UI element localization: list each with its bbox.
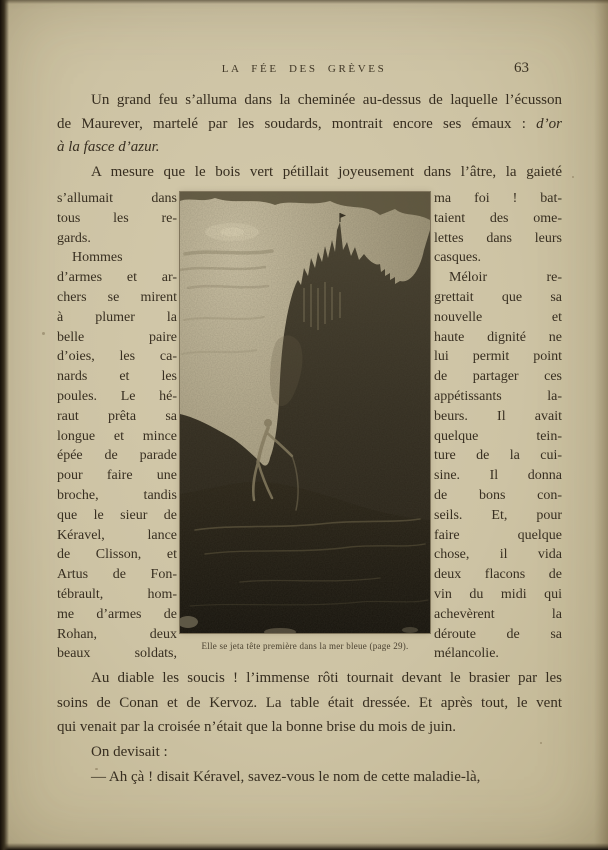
- text-line: chose, il vida: [434, 545, 562, 565]
- text-line: A mesure que le bois vert pétillait joye…: [57, 161, 562, 185]
- text-line: grettait que sa: [434, 288, 562, 308]
- illustration-caption: Elle se jeta tête première dans la mer b…: [135, 641, 475, 651]
- wrap-column-right: ma foi ! bat-taient des ome-lettes dans …: [434, 189, 562, 664]
- text-line: tébrault, hom-: [57, 585, 177, 605]
- text-line: de bons con-: [434, 486, 562, 506]
- paragraph-au-diable: Au diable les soucis ! l’immense rôti to…: [57, 666, 562, 740]
- text-line: lettes dans leurs: [434, 229, 562, 249]
- text-line: qui venait par la croisée n’était que la…: [57, 715, 562, 740]
- text-line: à la fasce d’azur.: [57, 136, 562, 160]
- text-line: appétissants la-: [434, 387, 562, 407]
- text-line: soins de Conan et de Kervoz. La table ét…: [57, 691, 562, 716]
- text-line: ture de la cui-: [434, 446, 562, 466]
- text-line: broche, tandis: [57, 486, 177, 506]
- text-line: taient des ome-: [434, 209, 562, 229]
- book-page-photo: LA FÉE DES GRÈVES 63 Un grand feu s’allu…: [0, 0, 608, 850]
- text-line: longue et mince: [57, 427, 177, 447]
- paragraph-second-first-line: A mesure que le bois vert pétillait joye…: [57, 161, 562, 185]
- text-line: d’armes et ar-: [57, 268, 177, 288]
- text-line: Artus de Fon-: [57, 565, 177, 585]
- text-line: poules. Le hé-: [57, 387, 177, 407]
- text-line: belle paire: [57, 328, 177, 348]
- text-line: de partager ces: [434, 367, 562, 387]
- text-line: ma foi ! bat-: [434, 189, 562, 209]
- text-line: — Ah çà ! disait Kéravel, savez-vous le …: [57, 765, 562, 790]
- text-line: Hommes: [57, 248, 177, 268]
- paper-speck: [540, 742, 542, 744]
- text-line: Au diable les soucis ! l’immense rôti to…: [57, 666, 562, 691]
- text-roman: de Maurever, martelé par les soudards, m…: [57, 116, 536, 132]
- text-line: de Maurever, martelé par les soudards, m…: [57, 113, 562, 137]
- text-line: beurs. Il avait: [434, 407, 562, 427]
- text-line: pour faire une: [57, 466, 177, 486]
- text-line: haute dignité ne: [434, 328, 562, 348]
- text-line: s’allumait dans: [57, 189, 177, 209]
- text-line: que le sieur de: [57, 506, 177, 526]
- text-line: seils. Et, pour: [434, 506, 562, 526]
- text-line: me d’armes de: [57, 605, 177, 625]
- photo-edge-top: [0, 0, 608, 4]
- photo-edge-right: [594, 0, 608, 850]
- figure: Elle se jeta tête première dans la mer b…: [180, 192, 430, 633]
- text-line: épée de parade: [57, 446, 177, 466]
- photo-edge-left: [0, 0, 9, 850]
- text-line: Méloir re-: [434, 268, 562, 288]
- paper-speck: [42, 332, 45, 335]
- text-line: casques.: [434, 248, 562, 268]
- text-line: lui permit point: [434, 347, 562, 367]
- text-line: vin du midi qui: [434, 585, 562, 605]
- text-italic: d’or: [536, 116, 562, 132]
- book-illustration: [180, 192, 430, 633]
- text-line: déroute de sa: [434, 625, 562, 645]
- text-line: On devisait :: [57, 740, 562, 765]
- text-line: mélancolie.: [434, 644, 562, 664]
- text-line: Kéravel, lance: [57, 526, 177, 546]
- text-line: sine. Il donna: [434, 466, 562, 486]
- text-line: de Clisson, et: [57, 545, 177, 565]
- text-line: faire quelque: [434, 526, 562, 546]
- text-line: nouvelle et: [434, 308, 562, 328]
- grain-overlay: [180, 192, 430, 633]
- photo-edge-bottom: [0, 843, 608, 850]
- text-line: quelque tein-: [434, 427, 562, 447]
- text-line: tous les re-: [57, 209, 177, 229]
- paper-page: LA FÉE DES GRÈVES 63 Un grand feu s’allu…: [0, 0, 608, 850]
- text-line: Un grand feu s’alluma dans la cheminée a…: [57, 89, 562, 113]
- wrap-column-left: s’allumait danstous les re-gards.Hommesd…: [57, 189, 177, 664]
- text-line: chers se mirent: [57, 288, 177, 308]
- text-line: achevèrent la: [434, 605, 562, 625]
- text-line: deux flacons de: [434, 565, 562, 585]
- text-line: gards.: [57, 229, 177, 249]
- text-line: nards et les: [57, 367, 177, 387]
- paper-speck: [572, 176, 574, 178]
- text-line: à plumer la: [57, 308, 177, 328]
- text-line: d’oies, les ca-: [57, 347, 177, 367]
- text-line: raut prêta sa: [57, 407, 177, 427]
- paragraph-bottom: Au diable les soucis ! l’immense rôti to…: [57, 666, 562, 790]
- page-number: 63: [514, 60, 529, 77]
- paper-speck: [95, 768, 98, 770]
- paragraph-opening: Un grand feu s’alluma dans la cheminée a…: [57, 89, 562, 160]
